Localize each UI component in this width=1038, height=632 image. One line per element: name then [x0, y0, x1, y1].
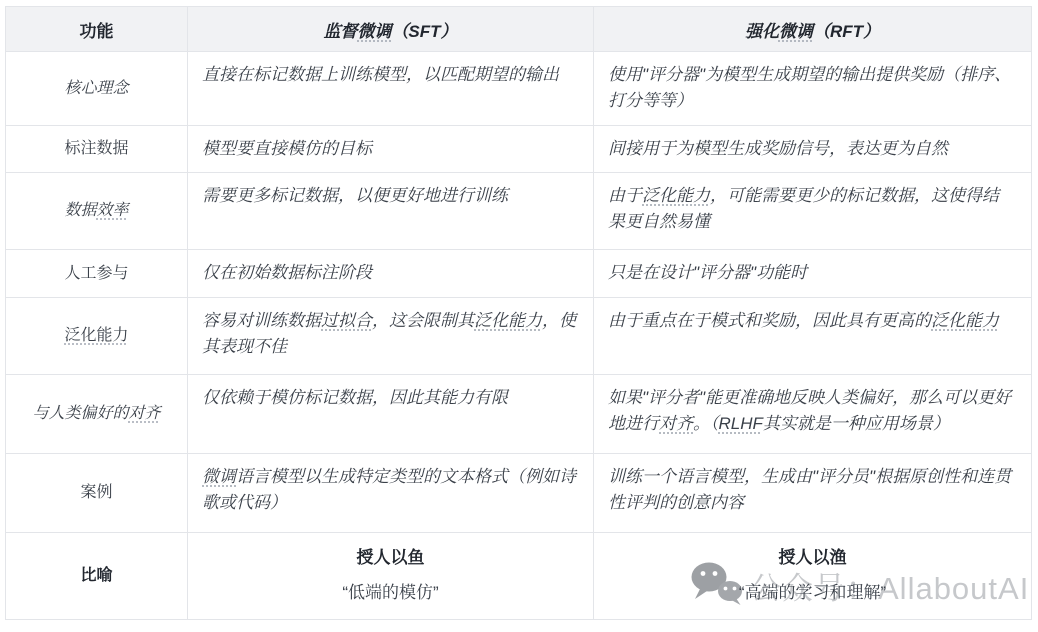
header-rft: 强化微调（RFT）: [594, 7, 1032, 52]
metaphor-rft-title: 授人以渔: [604, 545, 1021, 571]
table-row-example: 案例 微调语言模型以生成特定类型的文本格式（例如诗歌或代码） 训练一个语言模型，…: [6, 454, 1032, 533]
row-label-labeled-data: 标注数据: [6, 126, 188, 173]
generalization-sft-cell: 容易对训练数据过拟合，这会限制其泛化能力，使其表现不佳: [188, 298, 594, 375]
table-row-data-efficiency: 数据效率 需要更多标记数据，以便更好地进行训练 由于泛化能力，可能需要更少的标记…: [6, 173, 1032, 250]
alignment-rft-cell: 如果"评分者"能更准确地反映人类偏好，那么可以更好地进行对齐。（RLHF其实就是…: [594, 375, 1032, 454]
core-concept-rft-cell: 使用"评分器"为模型生成期望的输出提供奖励（排序、打分等等）: [594, 52, 1032, 126]
generalization-rft-cell: 由于重点在于模式和奖励，因此具有更高的泛化能力: [594, 298, 1032, 375]
metaphor-sft-cell: 授人以鱼 “低端的模仿”: [188, 533, 594, 620]
labeled-data-rft-cell: 间接用于为模型生成奖励信号，表达更为自然: [594, 126, 1032, 173]
data-efficiency-sft-cell: 需要更多标记数据，以便更好地进行训练: [188, 173, 594, 250]
row-label-human-involvement: 人工参与: [6, 250, 188, 298]
row-label-alignment: 与人类偏好的对齐: [6, 375, 188, 454]
core-concept-sft-cell: 直接在标记数据上训练模型，以匹配期望的输出: [188, 52, 594, 126]
human-involvement-rft-cell: 只是在设计"评分器"功能时: [594, 250, 1032, 298]
table-header-row: 功能 监督微调（SFT） 强化微调（RFT）: [6, 7, 1032, 52]
metaphor-sft-quote: “低端的模仿”: [198, 580, 583, 606]
row-label-data-efficiency: 数据效率: [6, 173, 188, 250]
row-label-metaphor: 比喻: [6, 533, 188, 620]
example-sft-cell: 微调语言模型以生成特定类型的文本格式（例如诗歌或代码）: [188, 454, 594, 533]
row-label-core-concept: 核心理念: [6, 52, 188, 126]
metaphor-rft-quote: “高端的学习和理解”: [604, 580, 1021, 606]
table-row-core-concept: 核心理念 直接在标记数据上训练模型，以匹配期望的输出 使用"评分器"为模型生成期…: [6, 52, 1032, 126]
header-feature: 功能: [6, 7, 188, 52]
data-efficiency-rft-cell: 由于泛化能力，可能需要更少的标记数据，这使得结果更自然易懂: [594, 173, 1032, 250]
labeled-data-sft-cell: 模型要直接模仿的目标: [188, 126, 594, 173]
table-row-generalization: 泛化能力 容易对训练数据过拟合，这会限制其泛化能力，使其表现不佳 由于重点在于模…: [6, 298, 1032, 375]
header-sft: 监督微调（SFT）: [188, 7, 594, 52]
table-row-labeled-data: 标注数据 模型要直接模仿的目标 间接用于为模型生成奖励信号，表达更为自然: [6, 126, 1032, 173]
example-rft-cell: 训练一个语言模型，生成由"评分员"根据原创性和连贯性评判的创意内容: [594, 454, 1032, 533]
human-involvement-sft-cell: 仅在初始数据标注阶段: [188, 250, 594, 298]
table-row-metaphor: 比喻 授人以鱼 “低端的模仿” 授人以渔 “高端的学习和理解”: [6, 533, 1032, 620]
metaphor-rft-cell: 授人以渔 “高端的学习和理解”: [594, 533, 1032, 620]
alignment-sft-cell: 仅依赖于模仿标记数据，因此其能力有限: [188, 375, 594, 454]
row-label-example: 案例: [6, 454, 188, 533]
metaphor-sft-title: 授人以鱼: [198, 545, 583, 571]
sft-rft-comparison-table: 功能 监督微调（SFT） 强化微调（RFT） 核心理念 直接在标记数据上训练模型…: [5, 6, 1032, 620]
table-row-alignment: 与人类偏好的对齐 仅依赖于模仿标记数据，因此其能力有限 如果"评分者"能更准确地…: [6, 375, 1032, 454]
table-row-human-involvement: 人工参与 仅在初始数据标注阶段 只是在设计"评分器"功能时: [6, 250, 1032, 298]
row-label-generalization: 泛化能力: [6, 298, 188, 375]
